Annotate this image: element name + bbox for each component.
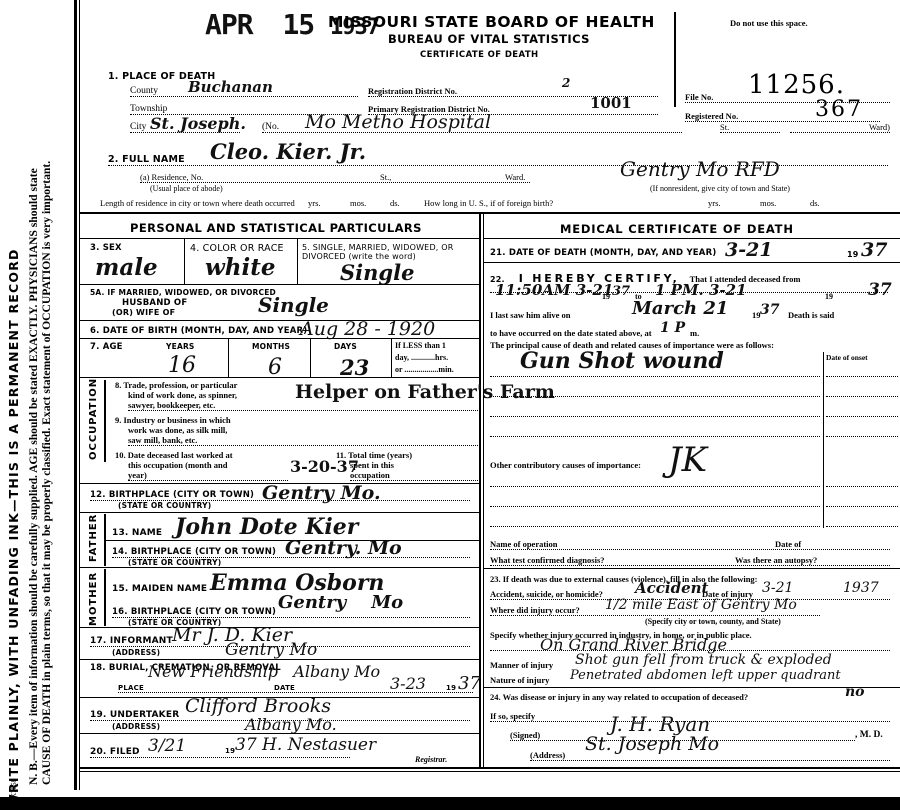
marital-value: Single (340, 260, 414, 285)
total-time-label-3: occupation (350, 470, 390, 480)
total-time-label-1: 11. Total time (years) (336, 450, 412, 460)
footer-divider (80, 767, 900, 769)
residence-sub-label: (Usual place of abode) (150, 184, 223, 193)
total-time-row: occupation (350, 470, 478, 481)
last-worked-row: year) (128, 470, 288, 481)
father-side-label: FATHER (88, 514, 99, 562)
undertaker-name-value: Clifford Brooks (185, 695, 331, 717)
informant-address-value: Gentry Mo (225, 640, 317, 660)
undertaker-label: 19. UNDERTAKER (90, 710, 179, 720)
industry-label-2: work was done, as silk mill, (128, 425, 227, 435)
race-marital-divider (297, 239, 298, 284)
dod-value: 3-21 (725, 239, 773, 261)
county-label: County (130, 86, 158, 96)
last-saw-year: 37 (760, 302, 779, 318)
attended-to-value: 1 PM. 3-21 (655, 281, 747, 299)
residence-ward-label: Ward. (505, 172, 525, 182)
industry-label-1: 9. Industry or business in which (115, 415, 231, 425)
residence-st-label: St., (380, 172, 391, 182)
where-value: 1/2 mile East of Gentry Mo (605, 597, 797, 613)
occupation-side-label: OCCUPATION (88, 378, 99, 460)
row-22-divider (484, 568, 900, 569)
form-code: K7058 (10, 779, 18, 798)
test-label: What test confirmed diagnosis? (490, 555, 605, 565)
marital-label: 5. SINGLE, MARRIED, WIDOWED, OR DIVORCED… (302, 243, 472, 261)
days-label: DAYS (334, 342, 357, 351)
medical-title-divider (484, 238, 900, 239)
onset-column-border (823, 352, 824, 528)
where-label: Where did injury occur? (490, 605, 580, 615)
row-7-divider (80, 377, 480, 378)
filed-label: 20. FILED (90, 747, 140, 757)
city-value: St. Joseph. (150, 114, 246, 133)
age-divider-2 (310, 339, 311, 377)
age-years-value: 16 (168, 353, 196, 378)
length-mos: mos. (350, 198, 366, 208)
form-name: CERTIFICATE OF DEATH (420, 50, 539, 60)
informant-sub: (ADDRESS) (112, 648, 160, 657)
dod-label: 21. DATE OF DEATH (MONTH, DAY, AND YEAR) (490, 248, 716, 258)
trade-label-2: kind of work done, as spinner, (128, 390, 237, 400)
filed-year-prefix: 19 (225, 747, 235, 755)
office-box-border (674, 12, 676, 107)
years-label: YEARS (166, 342, 195, 351)
length-of-residence-row: Length of residence in city or town wher… (100, 198, 890, 208)
foreign-label: How long in U. S., if of foreign birth? (424, 198, 553, 208)
mother-side-label: MOTHER (88, 572, 99, 626)
occurred-label: to have occurred on the date stated abov… (490, 328, 652, 338)
race-label: 4. COLOR OR RACE (190, 243, 284, 254)
form-subtitle: BUREAU OF VITAL STATISTICS (388, 32, 590, 46)
time-of-death-value: 1 P (660, 320, 685, 336)
manner-label: Manner of injury (490, 660, 553, 670)
sex-label: 3. SEX (90, 243, 122, 253)
father-name-label: 13. NAME (112, 528, 162, 538)
foreign-ds: ds. (810, 198, 820, 208)
attended-to-year: 37 (868, 280, 892, 300)
occupation-bracket (104, 380, 106, 462)
margin-mark: JK (668, 440, 707, 480)
attended-from-value: 11:50AM 3-21 (495, 281, 613, 299)
cause-value: Gun Shot wound (520, 348, 724, 374)
spouse-label-2: HUSBAND OF (122, 298, 187, 308)
row-3-divider (80, 284, 480, 285)
ward-label: Ward) (869, 122, 890, 132)
registered-no-label: Registered No. (685, 111, 738, 121)
last-saw-value: March 21 (632, 298, 728, 319)
mother-maiden-label: 15. MAIDEN NAME (112, 584, 207, 594)
last-worked-label-1: 10. Date deceased last worked at (115, 450, 233, 460)
birthplace-label: 12. BIRTHPLACE (CITY OR TOWN) (90, 490, 254, 500)
last-worked-label-3: year) (128, 470, 147, 480)
personal-section-title: PERSONAL AND STATISTICAL PARTICULARS (130, 221, 422, 235)
age-divider-1 (228, 339, 229, 377)
trade-value: Helper on Father's Farm (295, 381, 555, 403)
nature-value: Penetrated abdomen left upper quadrant (570, 668, 841, 683)
margin-note-line-2: CAUSE OF DEATH in plain terms, so that i… (40, 161, 53, 785)
burial-year-prefix: 19 (446, 684, 456, 692)
last-saw-label: I last saw him alive on (490, 310, 571, 320)
frame-left-border-inner (79, 0, 80, 790)
burial-year-value: 37 (458, 673, 481, 694)
residence-value: Gentry Mo RFD (620, 157, 780, 181)
undertaker-address-value: Albany Mo. (245, 715, 337, 734)
autopsy-label: Was there an autopsy? (735, 555, 817, 565)
row-14-divider (80, 567, 480, 568)
stamp-day: 15 (282, 8, 314, 41)
md-label: , M. D. (855, 730, 883, 740)
occupational-label: 24. Was disease or injury in any way rel… (490, 692, 748, 702)
residence-row: (a) Residence, No. St., Ward. (140, 172, 530, 183)
dob-label: 6. DATE OF BIRTH (MONTH, DAY, AND YEAR) (90, 326, 307, 336)
if-so-label: If so, specify (490, 711, 535, 721)
mother-birthplace-value: Gentry Mo (278, 592, 403, 613)
dod-year-prefix: 19 (847, 250, 859, 259)
father-birthplace-sub: (STATE OR COUNTRY) (128, 558, 221, 567)
registrar-label: Registrar. (415, 755, 447, 764)
marital-label-text: 5. SINGLE, MARRIED, WIDOWED, OR DIVORCED… (302, 243, 454, 261)
manner-row: Manner of injury (490, 660, 553, 670)
accident-label: Accident, suicide, or homicide? (490, 589, 603, 599)
physician-address-value: St. Joseph Mo (585, 733, 719, 755)
accident-value: Accident (635, 579, 708, 597)
death-said-label: Death is said (788, 310, 834, 320)
mother-birthplace-label: 16. BIRTHPLACE (CITY OR TOWN) (112, 607, 276, 617)
frame-left-border (74, 0, 77, 790)
less-than-label-2: day, ............hrs. (395, 353, 448, 362)
row-19-divider (80, 733, 480, 734)
file-no-label: File No. (685, 92, 713, 102)
attended-year-prefix-2: 19 (825, 292, 833, 301)
physician-address-label: (Address) (530, 750, 565, 760)
birthplace-value: Gentry Mo. (262, 482, 381, 504)
personal-title-divider (80, 238, 480, 239)
months-label: MONTHS (252, 342, 290, 351)
spouse-value: Single (258, 293, 329, 317)
occupational-value: no (845, 684, 865, 700)
injury-date-value: 3-21 (762, 580, 793, 596)
registered-number: 367 (815, 97, 863, 122)
sex-value: male (95, 254, 158, 281)
dod-year-value: 37 (861, 239, 887, 261)
margin-heading: WRITE PLAINLY, WITH UNFADING INK—THIS IS… (6, 248, 21, 808)
county-value: Buchanan (188, 78, 273, 96)
nature-row: Nature of injury (490, 675, 549, 685)
trade-label-1: 8. Trade, profession, or particular (115, 380, 237, 390)
test-row: What test confirmed diagnosis? Was there… (490, 555, 890, 566)
street-row: St. (720, 122, 780, 133)
ward-row: Ward) (790, 122, 890, 133)
less-than-label-1: If LESS than 1 (395, 341, 446, 350)
city-label: City (130, 122, 146, 132)
father-birthplace-value: Gentry. Mo (285, 537, 402, 559)
onset-label: Date of onset (826, 353, 898, 362)
footer-divider-2 (80, 771, 900, 772)
attended-from-year: 37 (612, 284, 630, 299)
operation-row: Name of operation Date of (490, 539, 890, 550)
full-name-label: 2. FULL NAME (108, 154, 185, 165)
age-label: 7. AGE (90, 342, 123, 352)
filed-date-value: 3/21 (148, 736, 186, 756)
where-sub: (Specify city or town, county, and State… (645, 617, 781, 626)
nonresident-note: (If nonresident, give city of town and S… (650, 184, 790, 193)
informant-label: 17. INFORMANT (90, 636, 173, 646)
column-divider-2 (483, 212, 484, 767)
row-23-divider (484, 687, 900, 688)
foreign-mos: mos. (760, 198, 776, 208)
other-causes-label: Other contributory causes of importance: (490, 460, 641, 470)
age-divider-3 (391, 339, 392, 377)
township-label: Township (130, 104, 167, 114)
street-label: St. (720, 122, 729, 132)
spouse-label-3: (OR) WIFE OF (112, 308, 175, 317)
trade-label-3: sawyer, bookkeeper, etc. (128, 400, 215, 410)
header-divider (80, 212, 900, 214)
foreign-yrs: yrs. (708, 198, 721, 208)
industry-label-3: saw mill, bank, etc. (128, 435, 197, 445)
row-12-divider (80, 512, 480, 513)
form-title: MISSOURI STATE BOARD OF HEALTH (328, 13, 655, 31)
margin-note-line-1: N. B.—Every item of information should b… (27, 168, 40, 785)
mother-bracket (104, 569, 106, 626)
length-yrs: yrs. (308, 198, 321, 208)
occurred-row: to have occurred on the date stated abov… (490, 328, 652, 338)
manner-value: Shot gun fell from truck & exploded (575, 652, 832, 668)
filed-year-value: 37 (235, 735, 257, 755)
burial-date-value: 3-23 (390, 674, 426, 693)
reg-district-value: 2 (562, 76, 570, 90)
row-17-divider (80, 659, 480, 660)
full-name-value: Cleo. Kier. Jr. (210, 139, 366, 164)
row-6-divider (80, 338, 480, 339)
scan-bottom-edge (0, 797, 900, 810)
external-label: 23. If death was due to external causes … (490, 574, 758, 584)
less-than-label-3: or .................min. (395, 365, 454, 374)
father-birthplace-label: 14. BIRTHPLACE (CITY OR TOWN) (112, 547, 276, 557)
operation-label: Name of operation (490, 539, 558, 549)
burial-date-label: DATE (274, 684, 295, 692)
signed-label: (Signed) (510, 730, 540, 740)
spouse-label-1: 5A. IF MARRIED, WIDOWED, OR DIVORCED (90, 288, 276, 297)
medical-section-title: MEDICAL CERTIFICATE OF DEATH (560, 222, 794, 236)
birthplace-sub-label: (STATE OR COUNTRY) (118, 501, 211, 510)
length-ds: ds. (390, 198, 400, 208)
burial-place-value: New Friendship Albany Mo (148, 662, 380, 681)
nature-label: Nature of injury (490, 675, 549, 685)
reg-district-label: Registration District No. (368, 86, 457, 96)
institution-no-label: (No. (262, 122, 279, 132)
injury-year-value: 1937 (843, 580, 879, 596)
primary-reg-value: 1001 (590, 94, 632, 112)
dob-value: Aug 28 - 1920 (300, 318, 435, 340)
stamp-month: APR (205, 8, 253, 41)
industry-row: saw mill, bank, etc. (128, 435, 478, 446)
burial-place-label: PLACE (118, 684, 144, 692)
sex-race-divider (184, 239, 185, 284)
last-worked-label-2: this occupation (month and (128, 460, 227, 470)
length-label: Length of residence in city or town wher… (100, 198, 295, 208)
total-time-label-2: spent in this (350, 460, 394, 470)
operation-date-label: Date of (775, 539, 801, 549)
office-note: Do not use this space. (730, 18, 808, 28)
residence-label: (a) Residence, No. (140, 172, 203, 182)
time-suffix: m. (690, 328, 699, 338)
undertaker-sub: (ADDRESS) (112, 722, 160, 731)
race-value: white (205, 254, 276, 281)
row-21-divider (484, 262, 900, 263)
institution-value: Mo Metho Hospital (305, 111, 491, 133)
registrar-signature: H. Nestasuer (262, 735, 376, 755)
